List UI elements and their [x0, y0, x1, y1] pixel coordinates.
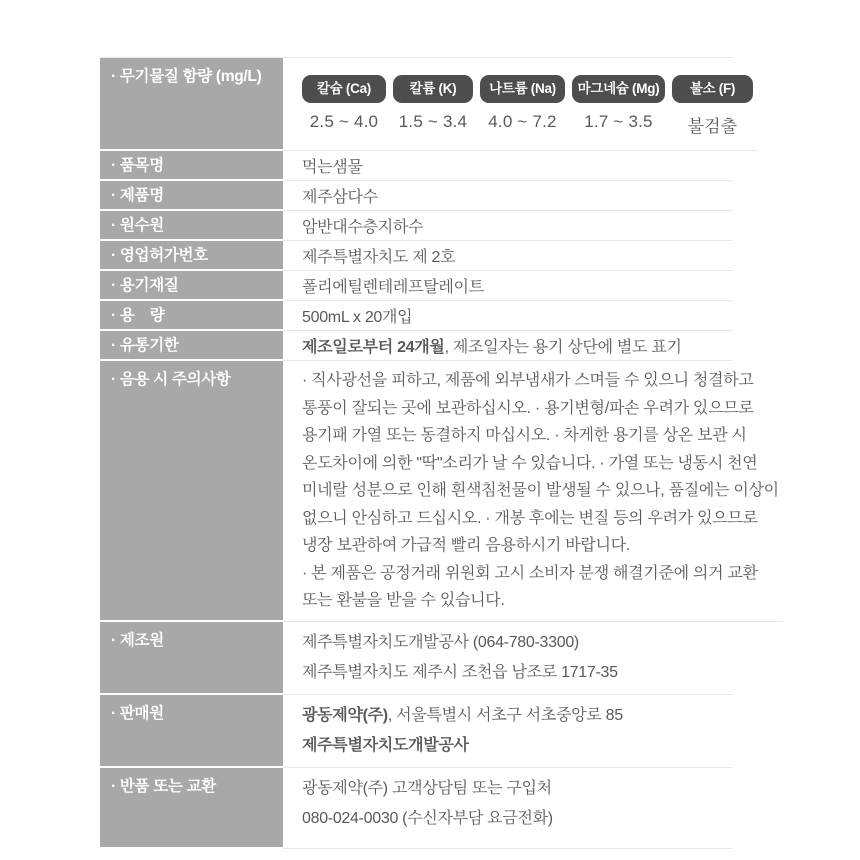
mineral-col-potassium: 칼륨 (K) 1.5 ~ 3.4: [393, 75, 473, 137]
row-label: · 품목명: [100, 151, 283, 181]
row-value: 제조일로부터 24개월, 제조일자는 용기 상단에 별도 표기: [283, 331, 732, 361]
mineral-value: 4.0 ~ 7.2: [480, 112, 565, 132]
row-label: · 용 량: [100, 301, 283, 331]
returns-phone: 080-024-0030 (수신자부담 요금전화): [302, 804, 728, 834]
caution-line: 미네랄 성분으로 인해 흰색침천물이 발생될 수 있으나, 품질에는 이상이: [302, 477, 779, 505]
row-value: 광동제약(주) 고객상담팀 또는 구입처 080-024-0030 (수신자부담…: [283, 768, 732, 849]
caution-line: 또는 환불을 받을 수 있습니다.: [302, 587, 779, 615]
row-label: · 음용 시 주의사항: [100, 361, 283, 622]
mineral-value: 1.5 ~ 3.4: [393, 112, 473, 132]
mineral-badge: 칼슘 (Ca): [302, 75, 386, 103]
row-minerals: · 무기물질 함량 (mg/L) 칼슘 (Ca) 2.5 ~ 4.0 칼륨 (K…: [100, 58, 732, 151]
mineral-badge: 칼륨 (K): [393, 75, 473, 103]
mineral-value: 1.7 ~ 3.5: [572, 112, 665, 132]
row-value: 먹는샘물: [283, 151, 732, 181]
row-product-name: · 제품명 제주삼다수: [100, 181, 732, 211]
caution-line: 온도차이에 의한 "딱"소리가 날 수 있습니다. · 가열 또는 냉동시 천연: [302, 450, 779, 478]
seller-line1: 광동제약(주), 서울특별시 서초구 서초중앙로 85: [302, 701, 728, 731]
row-value: 칼슘 (Ca) 2.5 ~ 4.0 칼륨 (K) 1.5 ~ 3.4 나트륨 (…: [283, 58, 757, 151]
caution-line: · 본 제품은 공정거래 위원회 고시 소비자 분쟁 해결기준에 의거 교환: [302, 560, 779, 588]
caution-line: 용기패 가열 또는 동결하지 마십시오. · 차게한 용기를 상온 보관 시: [302, 422, 779, 450]
row-label: · 원수원: [100, 211, 283, 241]
row-product-type: · 품목명 먹는샘물: [100, 151, 732, 181]
row-returns: · 반품 또는 교환 광동제약(주) 고객상담팀 또는 구입처 080-024-…: [100, 768, 732, 849]
mineral-badges: 칼슘 (Ca) 2.5 ~ 4.0 칼륨 (K) 1.5 ~ 3.4 나트륨 (…: [302, 75, 753, 137]
row-value: 제주특별자치도 제 2호: [283, 241, 732, 271]
mineral-value: 불검출: [672, 112, 753, 137]
row-seller: · 판매원 광동제약(주), 서울특별시 서초구 서초중앙로 85 제주특별자치…: [100, 695, 732, 768]
caution-line: 없으니 안심하고 드십시오. · 개봉 후에는 변질 등의 우려가 있으므로: [302, 505, 779, 533]
mineral-badge: 불소 (F): [672, 75, 753, 103]
row-shelf-life: · 유통기한 제조일로부터 24개월, 제조일자는 용기 상단에 별도 표기: [100, 331, 732, 361]
caution-line: · 직사광선을 피하고, 제품에 외부냄새가 스며들 수 있으니 청결하고: [302, 367, 779, 395]
row-label: · 판매원: [100, 695, 283, 768]
manufacturer-address: 제주특별자치도 제주시 조천읍 남조로 1717-35: [302, 658, 728, 688]
row-label: · 유통기한: [100, 331, 283, 361]
manufacturer-name-phone: 제주특별자치도개발공사 (064-780-3300): [302, 628, 728, 658]
row-label: · 반품 또는 교환: [100, 768, 283, 849]
mineral-col-fluorine: 불소 (F) 불검출: [672, 75, 753, 137]
shelf-life-text: 제조일로부터 24개월, 제조일자는 용기 상단에 별도 표기: [302, 334, 682, 357]
row-water-source: · 원수원 암반대수층지하수: [100, 211, 732, 241]
row-manufacturer: · 제조원 제주특별자치도개발공사 (064-780-3300) 제주특별자치도…: [100, 622, 732, 695]
row-value: 제주특별자치도개발공사 (064-780-3300) 제주특별자치도 제주시 조…: [283, 622, 732, 695]
product-spec-table: · 무기물질 함량 (mg/L) 칼슘 (Ca) 2.5 ~ 4.0 칼륨 (K…: [100, 57, 732, 849]
caution-line: 냉장 보관하여 가급적 빨리 음용하시기 바랍니다.: [302, 532, 779, 560]
mineral-value: 2.5 ~ 4.0: [302, 112, 386, 132]
row-value: 500mL x 20개입: [283, 301, 732, 331]
row-label: · 무기물질 함량 (mg/L): [100, 58, 283, 151]
row-container-material: · 용기재질 폴리에틸렌테레프탈레이트: [100, 271, 732, 301]
mineral-col-magnesium: 마그네슘 (Mg) 1.7 ~ 3.5: [572, 75, 665, 137]
seller-line2: 제주특별자치도개발공사: [302, 731, 728, 761]
row-caution: · 음용 시 주의사항 · 직사광선을 피하고, 제품에 외부냄새가 스며들 수…: [100, 361, 732, 622]
row-value: 폴리에틸렌테레프탈레이트: [283, 271, 732, 301]
row-label: · 영업허가번호: [100, 241, 283, 271]
row-license-no: · 영업허가번호 제주특별자치도 제 2호: [100, 241, 732, 271]
row-value: 제주삼다수: [283, 181, 732, 211]
row-label: · 제품명: [100, 181, 283, 211]
mineral-badge: 마그네슘 (Mg): [572, 75, 665, 103]
returns-contact: 광동제약(주) 고객상담팀 또는 구입처: [302, 774, 728, 804]
row-value: · 직사광선을 피하고, 제품에 외부냄새가 스며들 수 있으니 청결하고 통풍…: [283, 361, 783, 622]
row-value: 광동제약(주), 서울특별시 서초구 서초중앙로 85 제주특별자치도개발공사: [283, 695, 732, 768]
row-label: · 제조원: [100, 622, 283, 695]
mineral-badge: 나트륨 (Na): [480, 75, 565, 103]
row-volume: · 용 량 500mL x 20개입: [100, 301, 732, 331]
row-label: · 용기재질: [100, 271, 283, 301]
caution-line: 통풍이 잘되는 곳에 보관하십시오. · 용기변형/파손 우려가 있으므로: [302, 395, 779, 423]
mineral-col-sodium: 나트륨 (Na) 4.0 ~ 7.2: [480, 75, 565, 137]
row-value: 암반대수층지하수: [283, 211, 732, 241]
mineral-col-calcium: 칼슘 (Ca) 2.5 ~ 4.0: [302, 75, 386, 137]
